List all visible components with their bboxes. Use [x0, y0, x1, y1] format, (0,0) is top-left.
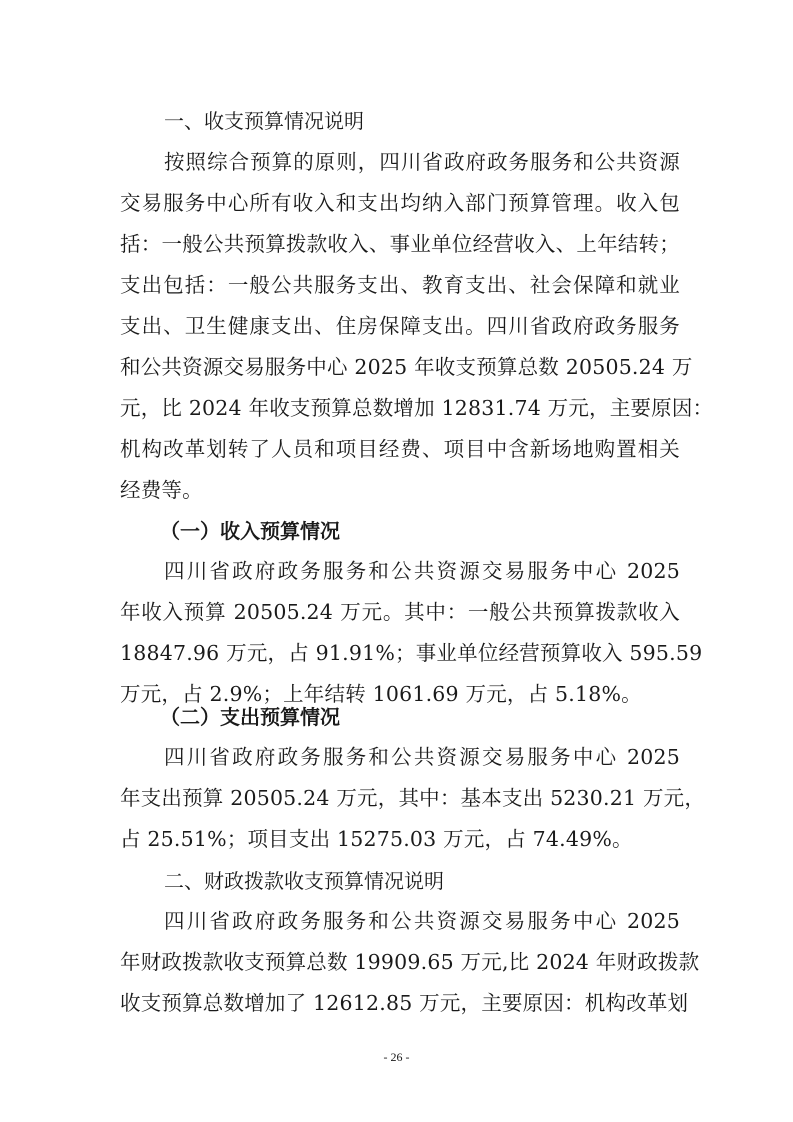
paragraph-line: 年收入预算 20505.24 万元。其中：一般公共预算拨款收入 [120, 597, 680, 627]
paragraph-line: 括：一般公共预算拨款收入、事业单位经营收入、上年结转； [120, 229, 680, 259]
paragraph-line: 年财政拨款收支预算总数 19909.65 万元,比 2024 年财政拨款 [120, 947, 680, 977]
paragraph-line: 四川省政府政务服务和公共资源交易服务中心 2025 [164, 906, 680, 936]
paragraph-line: 18847.96 万元，占 91.91%；事业单位经营预算收入 595.59 [120, 638, 680, 668]
paragraph-line: 支出包括：一般公共服务支出、教育支出、社会保障和就业 [120, 270, 680, 300]
paragraph-line: 和公共资源交易服务中心 2025 年收支预算总数 20505.24 万 [120, 352, 680, 382]
document-page: 一、收支预算情况说明 按照综合预算的原则，四川省政府政务服务和公共资源 交易服务… [0, 0, 793, 1122]
paragraph-line: 四川省政府政务服务和公共资源交易服务中心 2025 [164, 556, 680, 586]
paragraph-line: 元，比 2024 年收支预算总数增加 12831.74 万元，主要原因： [120, 393, 680, 423]
paragraph-line: 占 25.51%；项目支出 15275.03 万元，占 74.49%。 [120, 824, 680, 854]
paragraph-line: 按照综合预算的原则，四川省政府政务服务和公共资源 [164, 147, 680, 177]
paragraph-line: 年支出预算 20505.24 万元，其中：基本支出 5230.21 万元， [120, 783, 680, 813]
page-number: - 26 - [0, 1050, 793, 1064]
paragraph-line: 机构改革划转了人员和项目经费、项目中含新场地购置相关 [120, 434, 680, 464]
paragraph-line: 交易服务中心所有收入和支出均纳入部门预算管理。收入包 [120, 188, 680, 218]
paragraph-line: 四川省政府政务服务和公共资源交易服务中心 2025 [164, 742, 680, 772]
subsection-heading-expenditure: （二）支出预算情况 [160, 702, 340, 732]
paragraph-line: 收支预算总数增加了 12612.85 万元，主要原因：机构改革划 [120, 988, 680, 1018]
subsection-heading-income: （一）收入预算情况 [160, 516, 340, 546]
section-heading-fiscal-appropriation: 二、财政拨款收支预算情况说明 [164, 866, 444, 896]
paragraph-line: 经费等。 [120, 475, 680, 505]
paragraph-line: 支出、卫生健康支出、住房保障支出。四川省政府政务服务 [120, 311, 680, 341]
section-heading-budget-overview: 一、收支预算情况说明 [164, 106, 364, 136]
